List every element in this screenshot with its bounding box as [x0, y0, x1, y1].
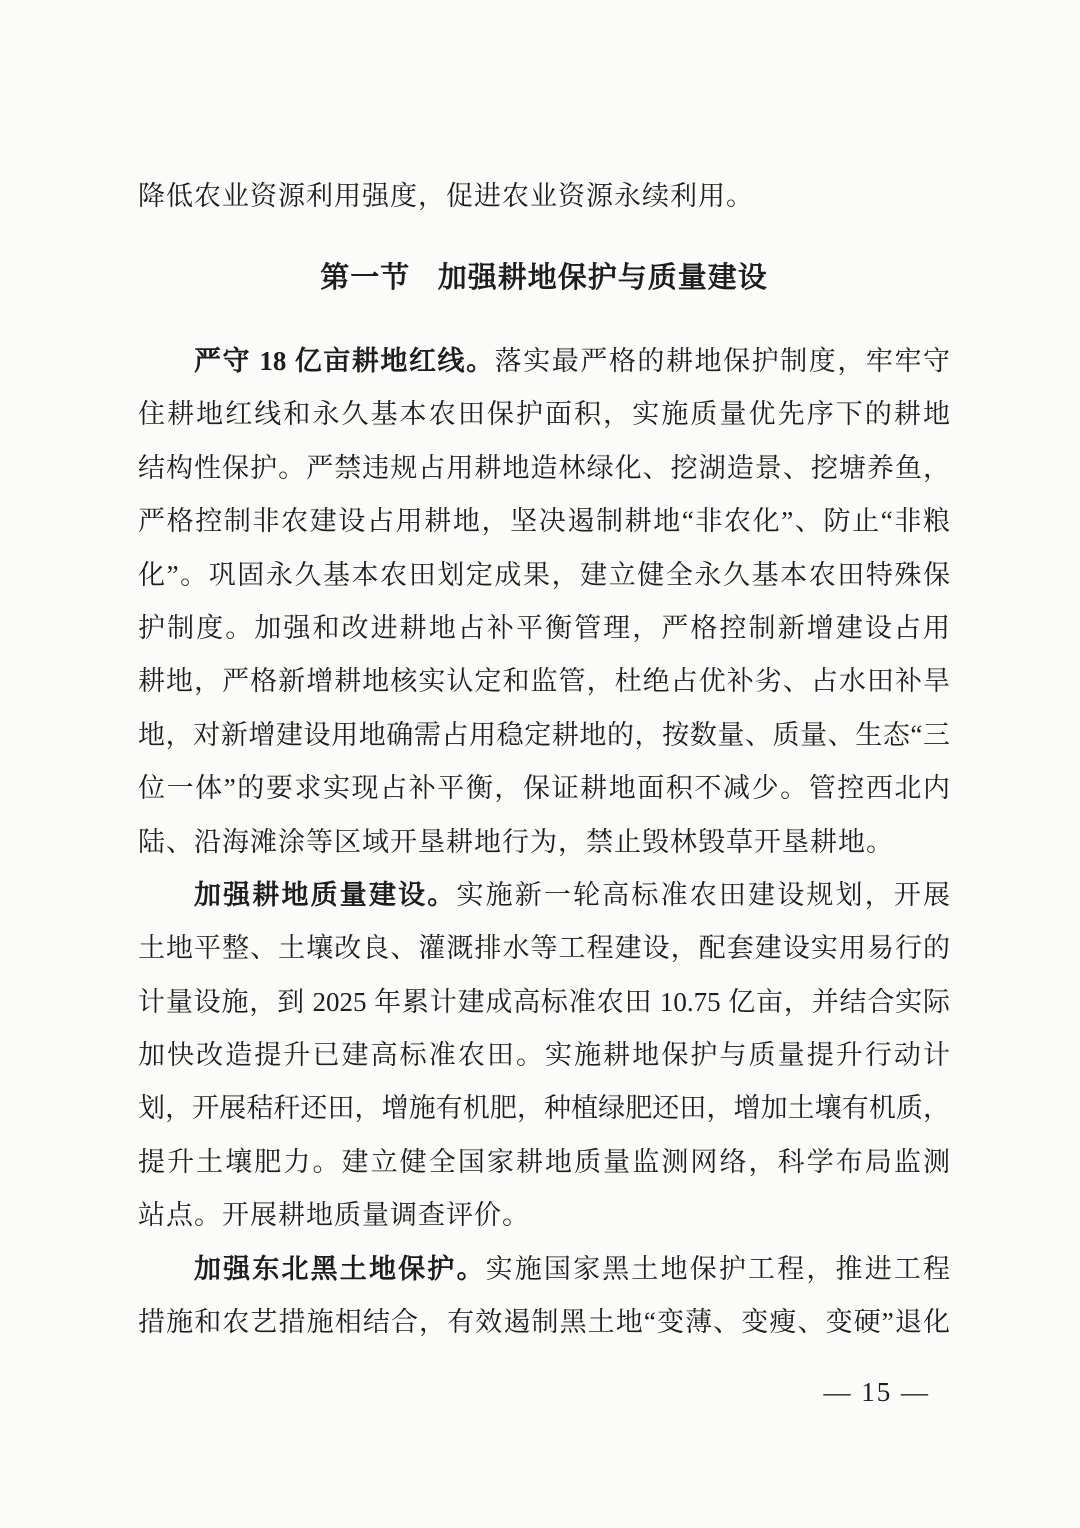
text-line: 严守 18 亿亩耕地红线。落实最严格的耕地保护制度，牢牢守 [138, 335, 950, 388]
text-line: 划，开展秸秆还田，增施有机肥，种植绿肥还田，增加土壤有机质， [138, 1082, 950, 1135]
text-line: 耕地，严格新增耕地核实认定和监管，杜绝占优补劣、占水田补旱 [138, 655, 950, 708]
line-text: 落实最严格的耕地保护制度，牢牢守 [495, 346, 950, 376]
text-line: 加强东北黑土地保护。实施国家黑土地保护工程，推进工程 [138, 1243, 950, 1296]
line-text: 实施国家黑土地保护工程，推进工程 [486, 1254, 950, 1284]
paragraph-protect-redline: 严守 18 亿亩耕地红线。落实最严格的耕地保护制度，牢牢守 住耕地红线和永久基本… [138, 335, 950, 869]
section-title: 加强耕地保护与质量建设 [438, 262, 768, 294]
page-number: — 15 — [138, 1372, 950, 1412]
intro-line: 降低农业资源利用强度，促进农业资源永续利用。 [138, 170, 950, 223]
paragraph-black-soil: 加强东北黑土地保护。实施国家黑土地保护工程，推进工程 措施和农艺措施相结合，有效… [138, 1243, 950, 1350]
text-line: 结构性保护。严禁违规占用耕地造林绿化、挖湖造景、挖塘养鱼， [138, 442, 950, 495]
paragraph-quality-building: 加强耕地质量建设。实施新一轮高标准农田建设规划，开展 土地平整、土壤改良、灌溉排… [138, 869, 950, 1243]
lead-phrase: 加强东北黑土地保护。 [194, 1254, 486, 1284]
text-line: 提升土壤肥力。建立健全国家耕地质量监测网络，科学布局监测 [138, 1136, 950, 1189]
text-line: 护制度。加强和改进耕地占补平衡管理，严格控制新增建设占用 [138, 602, 950, 655]
page-footer: — 15 — [138, 1372, 950, 1412]
document-page: 降低农业资源利用强度，促进农业资源永续利用。 第一节加强耕地保护与质量建设 严守… [0, 0, 1080, 1528]
text-line: 严格控制非农建设占用耕地，坚决遏制耕地“非农化”、防止“非粮 [138, 495, 950, 548]
lead-phrase: 严守 18 亿亩耕地红线。 [194, 346, 495, 376]
text-line: 住耕地红线和永久基本农田保护面积，实施质量优先序下的耕地 [138, 388, 950, 441]
text-line: 站点。开展耕地质量调查评价。 [138, 1189, 950, 1242]
lead-phrase: 加强耕地质量建设。 [194, 880, 456, 910]
intro-paragraph-end: 降低农业资源利用强度，促进农业资源永续利用。 [138, 170, 950, 223]
section-heading: 第一节加强耕地保护与质量建设 [138, 252, 950, 305]
text-line: 加快改造提升已建高标准农田。实施耕地保护与质量提升行动计 [138, 1029, 950, 1082]
text-line: 位一体”的要求实现占补平衡，保证耕地面积不减少。管控西北内 [138, 762, 950, 815]
section-label: 第一节 [320, 262, 410, 294]
text-line: 地，对新增建设用地确需占用稳定耕地的，按数量、质量、生态“三 [138, 709, 950, 762]
text-line: 措施和农艺措施相结合，有效遏制黑土地“变薄、变瘦、变硬”退化 [138, 1296, 950, 1349]
line-text: 实施新一轮高标准农田建设规划，开展 [456, 880, 950, 910]
text-line: 加强耕地质量建设。实施新一轮高标准农田建设规划，开展 [138, 869, 950, 922]
text-line: 土地平整、土壤改良、灌溉排水等工程建设，配套建设实用易行的 [138, 922, 950, 975]
text-line: 化”。巩固永久基本农田划定成果，建立健全永久基本农田特殊保 [138, 549, 950, 602]
body-text: 严守 18 亿亩耕地红线。落实最严格的耕地保护制度，牢牢守 住耕地红线和永久基本… [138, 335, 950, 1349]
text-line: 陆、沿海滩涂等区域开垦耕地行为，禁止毁林毁草开垦耕地。 [138, 816, 950, 869]
text-line: 计量设施，到 2025 年累计建成高标准农田 10.75 亿亩，并结合实际 [138, 976, 950, 1029]
